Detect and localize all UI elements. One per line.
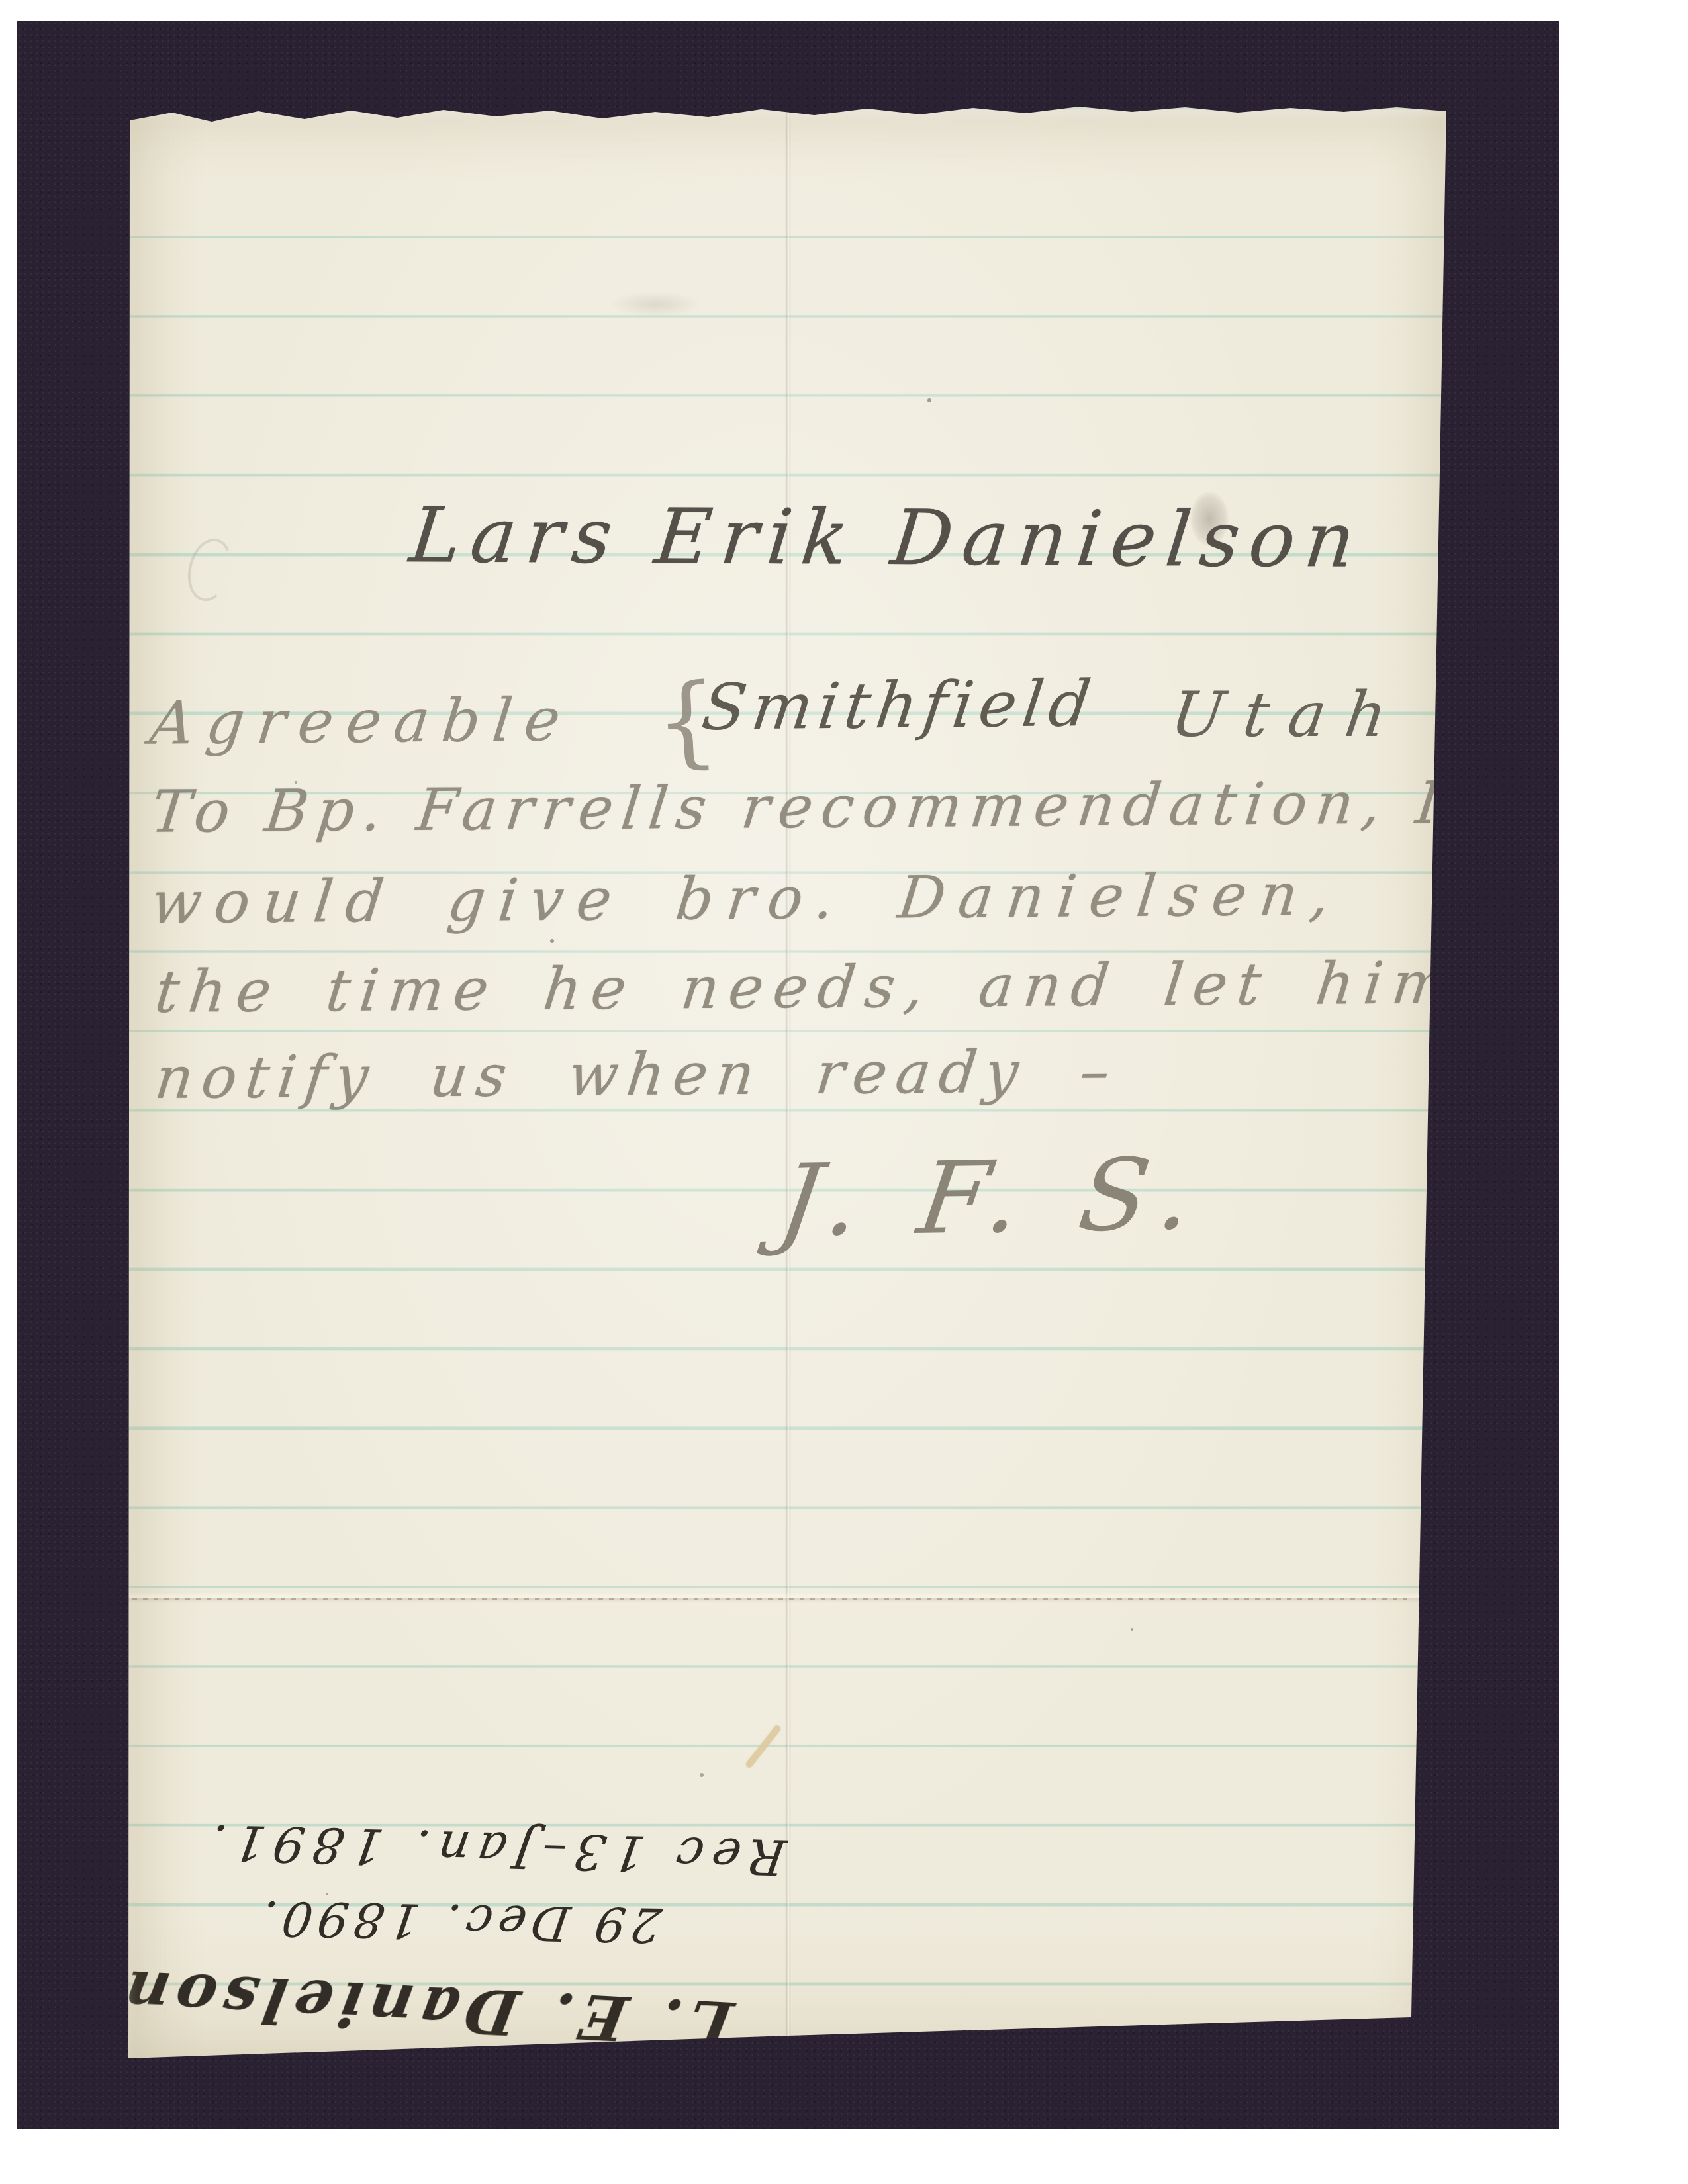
ghost-smudge [609, 291, 702, 318]
place-name: Smithfield [698, 666, 1101, 745]
scanned-letter-page: Lars Erik Danielson Agreeable { Smithfie… [0, 0, 1688, 2184]
scratch-mark [745, 1724, 782, 1769]
docket-received-line: Rec 13–Jan. 1891. [242, 1784, 794, 1886]
horizontal-fold-crease [132, 1598, 1407, 1600]
name-title-line: Lars Erik Danielson [406, 491, 1369, 585]
signature-initials: J. F. S. [773, 1136, 1214, 1259]
body-line-1: To Bp. Farrells recommendation, I [148, 768, 1452, 846]
body-line-4: notify us when ready – [152, 1037, 1122, 1112]
letter-paper: Lars Erik Danielson Agreeable { Smithfie… [126, 105, 1450, 2060]
annotation-agreeable: Agreeable [147, 685, 577, 758]
body-line-2: would give bro. Danielsen, [148, 860, 1346, 937]
body-line-3: the time he needs, and let him [152, 948, 1462, 1026]
docket-date-line: 29 Dec. 1890. [273, 1880, 667, 1953]
state-name: Utah [1166, 679, 1411, 751]
ghost-offset-mark [181, 534, 238, 606]
